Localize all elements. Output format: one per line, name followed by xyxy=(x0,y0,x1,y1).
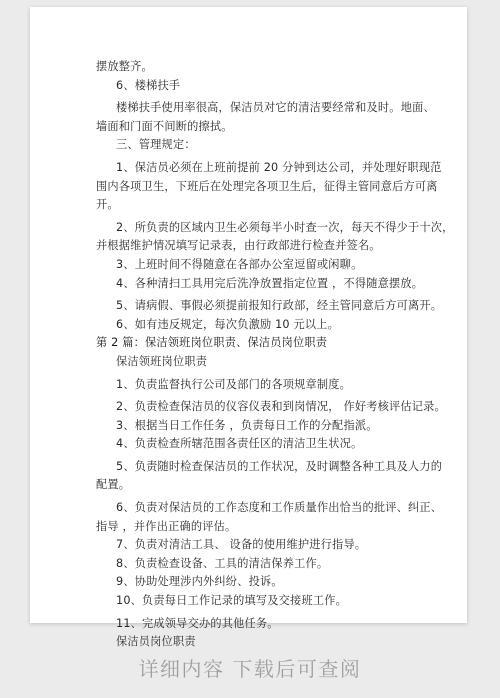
text-line: 配置。 xyxy=(96,476,426,495)
text-line: 10、负责每日工作记录的填写及交接班工作。 xyxy=(96,592,426,611)
text-line: 2、所负责的区域内卫生必须每半小时查一次，每天不得少于十次， xyxy=(96,219,426,238)
text-line: 1、保洁员必须在上班前提前 20 分钟到达公司，并处理好职现范 xyxy=(96,159,426,178)
text-line: 4、各种清扫工具用完后洗净放置指定位置 ，不得随意摆放。 xyxy=(96,275,426,294)
text-line: 3、根据当日工作任务 ，负责每日工作的分配指派。 xyxy=(96,417,426,436)
text-line: 1、负责监督执行公司及部门的各项规章制度。 xyxy=(96,376,426,395)
chapter-heading: 第 2 篇：保洁领班岗位职责、保洁员岗位职责 xyxy=(96,334,426,353)
section-heading: 三、管理规定： xyxy=(96,136,426,155)
text-line: 9、协助处理涉内外纠纷、投诉。 xyxy=(96,573,426,592)
text-line: 6、如有违反规定，每次负激励 10 元以上。 xyxy=(96,316,426,335)
text-line: 楼梯扶手使用率很高，保洁员对它的清洁要经常和及时。地面、 xyxy=(96,99,426,118)
text-line: 指导 ，并作出正确的评估。 xyxy=(96,518,426,537)
text-line: 开。 xyxy=(96,196,426,215)
text-line: 2、负责检查保洁员的仪容仪表和到岗情况， 作好考核评估记录。 xyxy=(96,398,426,417)
text-line: 墙面和门面不间断的擦拭。 xyxy=(96,118,426,137)
text-line: 6、负责对保洁员的工作态度和工作质量作出恰当的批评、纠正、 xyxy=(96,499,426,518)
text-line: 围内各项卫生，下班后在处理完各项卫生后，征得主管同意后方可离 xyxy=(96,178,426,197)
document-content: 摆放整齐。 6、楼梯扶手 楼梯扶手使用率很高，保洁员对它的清洁要经常和及时。地面… xyxy=(96,58,426,652)
subsection-heading: 保洁员岗位职责 xyxy=(96,633,426,652)
text-line: 4、负责检查所辖范围各责任区的清洁卫生状况。 xyxy=(96,435,426,454)
text-line: 5、负责随时检查保洁员的工作状况，及时调整各种工具及人力的 xyxy=(96,458,426,477)
section-heading: 6、楼梯扶手 xyxy=(96,77,426,96)
download-prompt: 详细内容 下载后可查阅 xyxy=(0,653,500,682)
text-line: 11、完成领导交办的其他任务。 xyxy=(96,615,426,634)
text-line: 并根据维护情况填写记录表，由行政部进行检查并签名。 xyxy=(96,237,426,256)
text-line: 3、上班时间不得随意在各部办公室逗留或闲聊。 xyxy=(96,256,426,275)
text-line: 7、负责对清洁工具、 设备的使用维护进行指导。 xyxy=(96,536,426,555)
text-line: 摆放整齐。 xyxy=(96,58,426,77)
document-page: 摆放整齐。 6、楼梯扶手 楼梯扶手使用率很高，保洁员对它的清洁要经常和及时。地面… xyxy=(30,7,467,623)
text-line: 8、负责检查设备、工具的清洁保养工作。 xyxy=(96,555,426,574)
subsection-heading: 保洁领班岗位职责 xyxy=(96,353,426,372)
text-line: 5、请病假、事假必须提前报知行政部，经主管同意后方可离开。 xyxy=(96,297,426,316)
